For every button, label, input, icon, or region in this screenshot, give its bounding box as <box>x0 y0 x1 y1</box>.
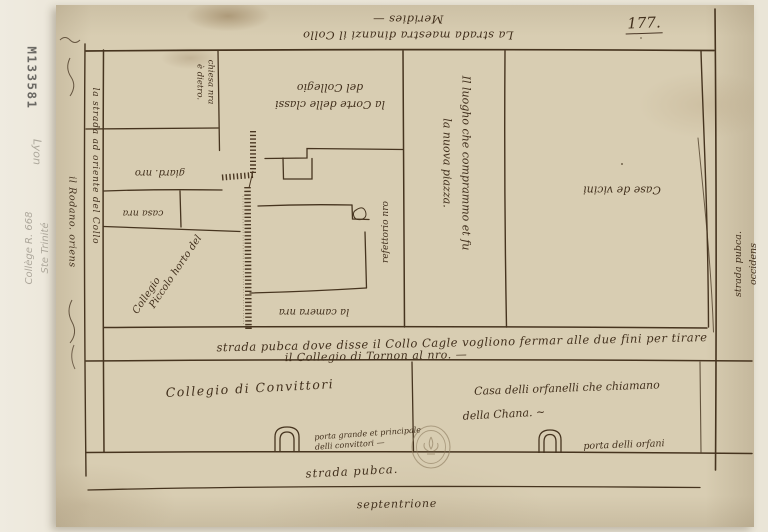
label-camera: la camera nra <box>279 304 349 318</box>
label-case-vicini: Case de vicini <box>583 182 661 197</box>
pencil-city-note: Lyon <box>29 139 44 165</box>
label-casa: casa nra <box>123 206 164 219</box>
folio-number: 177. <box>625 12 663 34</box>
document-scan: M133581 Lyon Collège R. 668 Ste Trinité … <box>0 0 768 532</box>
label-occidens: strada pubca. occidens <box>731 231 761 297</box>
pencil-collection-note: Collège R. 668 Ste Trinité <box>22 212 54 285</box>
label-refettorio: refettorio nro <box>380 201 392 263</box>
shelfmark: M133581 <box>23 46 40 109</box>
label-luogho-comprato: Il luogho che comprammo et fu la nuova p… <box>437 76 474 251</box>
label-giardino: giard. nro <box>135 165 185 179</box>
label-chiesa: chiesa nra è dietro. <box>193 60 216 105</box>
label-septentrione: septentrione <box>357 497 437 513</box>
label-strada-oriente: la strada ad oriente del Collo <box>89 88 101 245</box>
label-strada-caption-line2: il Collegio di Tornon al nro. — <box>285 348 468 366</box>
label-oriens: il Rodano. oriens <box>65 176 78 268</box>
label-corte-classi: la Corte delle classi del Collegio <box>275 79 385 113</box>
label-strada-maestra: La strada maestra dinanzi il Collo Merid… <box>303 11 514 42</box>
